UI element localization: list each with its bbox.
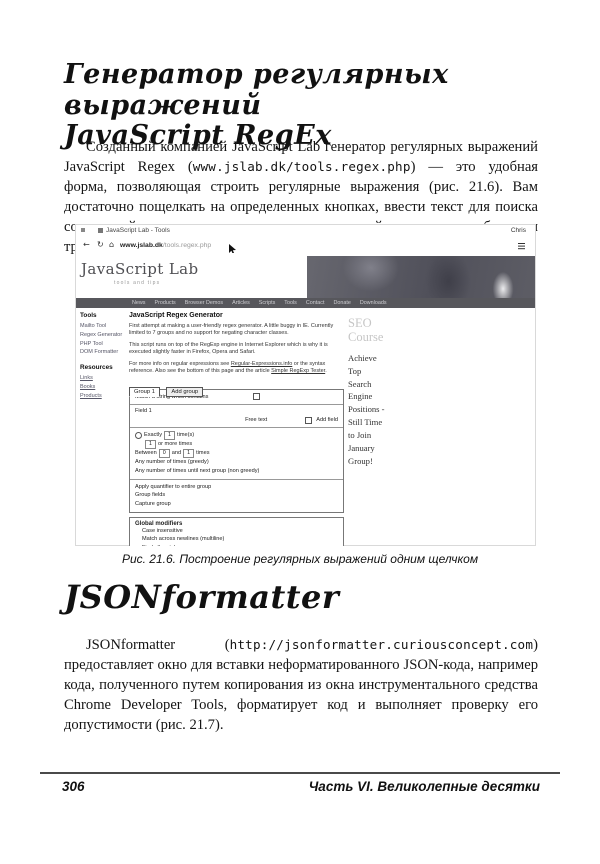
sidebar: Tools Mailto Tool Regex Generator PHP To… <box>80 312 126 401</box>
running-footer-part-title: Часть VI. Великолепные десятки <box>309 779 540 794</box>
ad-line: Achieve <box>348 352 420 365</box>
tab-title: JavaScript Lab - Tools <box>106 227 170 234</box>
sidebar-item-regex-generator[interactable]: Regex Generator <box>80 331 126 340</box>
ad-line: to Join <box>348 429 420 442</box>
or-more-label: or more times <box>158 440 192 449</box>
intro3-text3: . <box>325 368 327 374</box>
site-nav: News Products Browser Demos Articles Scr… <box>76 298 535 308</box>
generator-intro-2: This script runs on top of the RegExp en… <box>129 342 344 357</box>
section-title-line1: Генератор регулярных выражений <box>64 60 600 121</box>
regex-generator-panel: JavaScript Regex Generator First attempt… <box>129 310 344 546</box>
page-number: 306 <box>62 779 85 794</box>
nav-item-products[interactable]: Products <box>154 300 175 306</box>
figure-caption: Рис. 21.6. Построение регулярных выражен… <box>0 552 600 566</box>
nav-item-downloads[interactable]: Downloads <box>360 300 387 306</box>
exactly-label: Exactly <box>144 431 162 440</box>
ad-title-line1: SEO <box>348 316 420 330</box>
find-all-option[interactable]: Find all matches <box>142 544 338 546</box>
address-bar[interactable]: www.jslab.dk/tools.regex.php <box>120 242 211 249</box>
jsonformatter-url-text: http://jsonformatter.curiousconcept.com <box>230 637 534 652</box>
ad-title-line2: Course <box>348 330 420 344</box>
back-icon[interactable]: ← <box>83 240 90 249</box>
sidebar-item-dom-formatter[interactable]: DOM Formatter <box>80 348 126 357</box>
ad-line: Still Time <box>348 416 420 429</box>
group-fields-option[interactable]: Group fields <box>135 491 338 500</box>
add-field-checkbox[interactable] <box>305 417 312 424</box>
between-and-label: and <box>172 449 181 458</box>
sidebar-item-php-tool[interactable]: PHP Tool <box>80 340 126 349</box>
or-more-count-input[interactable]: 1 <box>145 440 156 449</box>
url-path: /tools.regex.php <box>163 242 211 249</box>
tab-group-1[interactable]: Group 1 <box>129 387 160 397</box>
add-field-label[interactable]: Add field <box>316 416 338 424</box>
refresh-icon[interactable]: ↻ <box>97 240 104 249</box>
site-tagline: tools and tips <box>114 280 160 286</box>
ad-line: Top <box>348 365 420 378</box>
browser-tab[interactable]: JavaScript Lab - Tools <box>98 227 170 234</box>
nav-item-news[interactable]: News <box>132 300 145 306</box>
sidebar-item-links[interactable]: Links <box>80 374 126 383</box>
group-tabs: Group 1 Add group <box>129 380 344 390</box>
ad-line: Search <box>348 378 420 391</box>
between-label: Between <box>135 449 157 458</box>
between-times-label: times <box>196 449 209 458</box>
generator-heading: JavaScript Regex Generator <box>129 312 344 319</box>
ad-line: Engine <box>348 390 420 403</box>
header-photo <box>307 256 535 298</box>
regex-info-link[interactable]: Regular-Expressions.info <box>231 361 292 367</box>
footer-rule <box>40 772 560 774</box>
window-icon <box>81 228 85 232</box>
section-title-jsonformatter: JSONformatter <box>64 578 339 616</box>
between-min-input[interactable]: 0 <box>159 449 170 458</box>
between-max-input[interactable]: 1 <box>183 449 194 458</box>
sidebar-item-products[interactable]: Products <box>80 392 126 401</box>
favicon-icon <box>98 228 103 233</box>
paragraph-json-text: JSONformatter ( <box>86 637 230 653</box>
nav-item-tools[interactable]: Tools <box>284 300 297 306</box>
regex-article-link[interactable]: Simple RegExp Tester <box>271 368 325 374</box>
nav-item-donate[interactable]: Donate <box>333 300 350 306</box>
apply-quantifier-option[interactable]: Apply quantifier to entire group <box>135 483 338 492</box>
sidebar-item-mailto-tool[interactable]: Mailto Tool <box>80 322 126 331</box>
ad-line: Group! <box>348 455 420 468</box>
ad-line: Positions - <box>348 403 420 416</box>
browser-tab-row: JavaScript Lab - Tools Chris <box>76 225 535 238</box>
add-group-button[interactable]: Add group <box>166 387 203 397</box>
seo-course-ad[interactable]: SEO Course Achieve Top Search Engine Pos… <box>348 316 420 468</box>
site-header: JavaScript Lab tools and tips <box>76 253 535 298</box>
free-text-label: Free text <box>245 416 267 424</box>
site-logo[interactable]: JavaScript Lab <box>81 260 199 278</box>
nav-item-articles[interactable]: Articles <box>232 300 250 306</box>
menu-icon[interactable] <box>518 243 525 244</box>
generator-intro-1: First attempt at making a user-friendly … <box>129 323 344 338</box>
home-icon[interactable]: ⌂ <box>109 240 114 249</box>
ad-body: Achieve Top Search Engine Positions - St… <box>348 352 420 468</box>
nav-item-browser-demos[interactable]: Browser Demos <box>185 300 223 306</box>
non-greedy-option[interactable]: Any number of times until next group (no… <box>135 467 338 476</box>
field-label: Field 1 <box>135 408 338 414</box>
ad-line: January <box>348 442 420 455</box>
url-host: www.jslab.dk <box>120 242 163 249</box>
capture-group-option[interactable]: Capture group <box>135 500 338 509</box>
intro3-text: For more info on regular expressions see <box>129 361 231 367</box>
figure-browser-screenshot: JavaScript Lab - Tools Chris ← ↻ ⌂ www.j… <box>75 224 536 546</box>
exactly-radio[interactable] <box>135 432 142 439</box>
greedy-option[interactable]: Any number of times (greedy) <box>135 458 338 467</box>
sidebar-item-books[interactable]: Books <box>80 383 126 392</box>
nav-item-scripts[interactable]: Scripts <box>259 300 275 306</box>
exactly-times-label: time(s) <box>177 431 194 440</box>
jslab-url-text: www.jslab.dk/tools.regex.php <box>193 159 411 174</box>
case-insensitive-option[interactable]: Case insensitive <box>142 527 338 536</box>
sidebar-tools-heading: Tools <box>80 312 126 319</box>
multiline-option[interactable]: Match across newlines (multiline) <box>142 535 338 544</box>
paragraph-jsonformatter: JSONformatter (http://jsonformatter.curi… <box>64 635 538 736</box>
browser-toolbar: ← ↻ ⌂ www.jslab.dk/tools.regex.php <box>76 238 535 253</box>
site-content: Tools Mailto Tool Regex Generator PHP To… <box>76 308 535 545</box>
group-box: Match a string which contains Field 1 Fr… <box>129 389 344 513</box>
generator-intro-3: For more info on regular expressions see… <box>129 361 344 376</box>
exactly-count-input[interactable]: 1 <box>164 431 175 440</box>
global-modifiers-box: Global modifiers Case insensitive Match … <box>129 517 344 546</box>
sidebar-resources-heading: Resources <box>80 364 126 371</box>
profile-name[interactable]: Chris <box>511 227 526 234</box>
nav-item-contact[interactable]: Contact <box>306 300 325 306</box>
match-string-checkbox[interactable] <box>253 393 260 400</box>
